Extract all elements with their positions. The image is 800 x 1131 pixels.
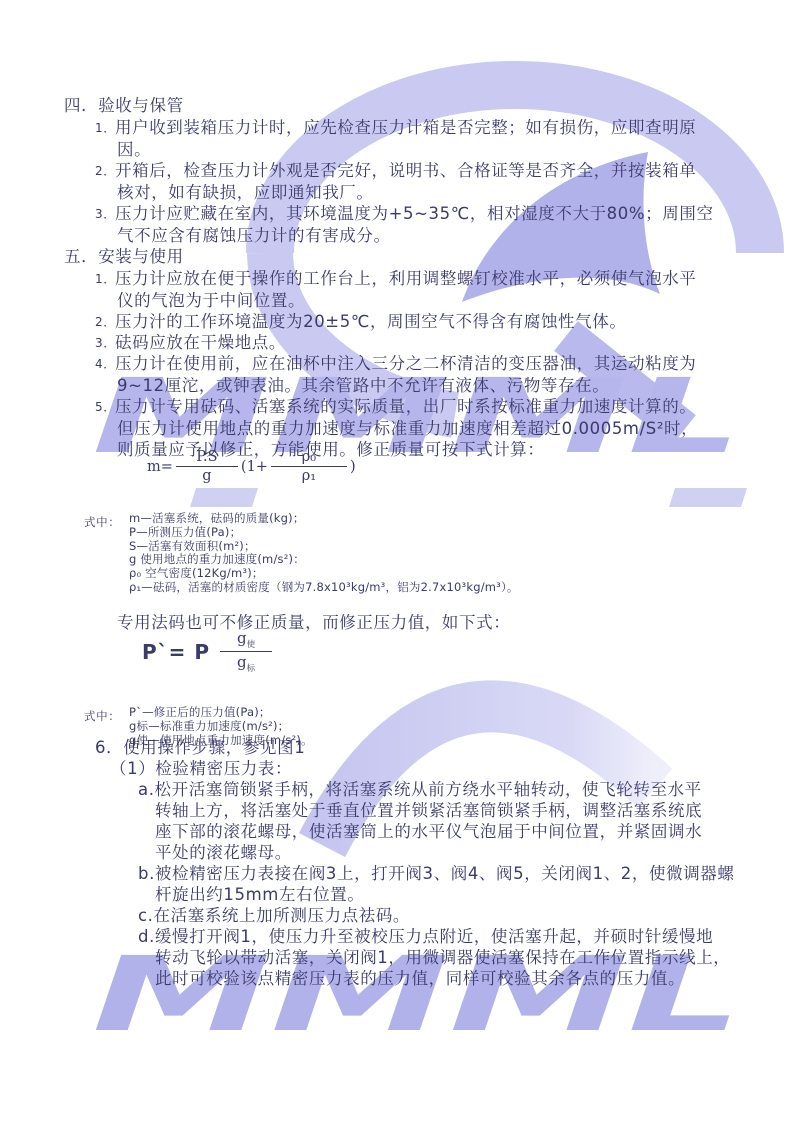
step-d-line: 此时可校验该点精密压力表的压力值，同样可校验其余各点的压力值。 xyxy=(155,968,685,989)
step-a-line: a.松开活塞筒锁紧手柄，将活塞系统从前方绕水平轴转动，使飞轮转至水平 xyxy=(138,779,702,800)
step-a-line: 平处的滚花螺母。 xyxy=(155,842,292,863)
section-5-heading: 五．安装与使用 xyxy=(64,246,184,267)
item-text: 开箱后，检查压力计外观是否完好，说明书、合格证等是否齐全，并按装箱单 xyxy=(115,161,696,180)
list-item: 1．用户收到装箱压力计时，应先检查压力计箱是否完整；如有损伤，应即查明原 xyxy=(95,117,696,139)
section-4-heading: 四．验收与保管 xyxy=(64,95,184,116)
item-text: 砝码应放在干燥地点。 xyxy=(115,333,286,352)
list-item: 3．压力计应贮藏在室内，其环境温度为+5~35℃，相对湿度不大于80%；周围空 xyxy=(95,203,714,225)
item-text: 但压力计使用地点的重力加速度与标准重力加速度相差超过0.0005m/S²时， xyxy=(117,418,698,439)
item-text: 压力计在使用前，应在油杯中注入三分之二杯清洁的变压器油，其运动粘度为 xyxy=(115,354,696,373)
logo-underline-left xyxy=(190,488,258,507)
formula-lhs: m= xyxy=(147,459,173,475)
fraction: ρ₀ ρ₁ xyxy=(271,448,347,485)
legend-line: g标—标准重力加速度(m/s²)； xyxy=(129,720,289,734)
subscript: 标 xyxy=(247,664,256,674)
legend-label: 式中： xyxy=(84,512,120,533)
fraction: P.S g xyxy=(176,448,238,485)
item-text: 压力计专用砝码、活塞系统的实际质量，出厂时系按标准重力加速度计算的。 xyxy=(115,397,696,416)
subscript: 使 xyxy=(247,640,256,650)
item-number: 3． xyxy=(95,333,115,354)
legend-label: 式中： xyxy=(84,706,120,727)
legend-line: ρ₀ 空气密度(12Kg/m³)； xyxy=(129,567,264,581)
item-number: 3． xyxy=(95,204,115,225)
item-text: 核对，如有缺损，应即通知我厂。 xyxy=(117,182,374,203)
step-6-sub1: （1）检验精密压力表： xyxy=(110,758,292,779)
item-number: 2． xyxy=(95,312,115,333)
denominator: g标 xyxy=(220,651,272,675)
fraction: g使 g标 xyxy=(220,628,272,675)
numerator: ρ₀ xyxy=(271,448,347,466)
item-text: 用户收到装箱压力计时，应先检查压力计箱是否完整；如有损伤，应即查明原 xyxy=(115,118,696,137)
formula-lhs: P`= P xyxy=(142,640,210,664)
list-item: 4．压力计在使用前，应在油杯中注入三分之二杯清洁的变压器油，其运动粘度为 xyxy=(95,353,696,375)
step-a-line: 座下部的滚花螺母，使活塞筒上的水平仪气泡届于中间位置，并紧固调水 xyxy=(155,821,702,842)
list-item: 2．压力汁的工作环境温度为20±5℃，周围空气不得含有腐蚀性气体。 xyxy=(95,311,626,333)
item-number: 4． xyxy=(95,354,115,375)
item-number: 1． xyxy=(95,269,115,290)
legend-line: g 使用地点的重力加速度(m/s²)： xyxy=(129,553,305,567)
denominator: g xyxy=(176,466,238,485)
item-text: 压力计应放在便于操作的工作台上，利用调整螺钉校准水平，必须使气泡水平 xyxy=(115,269,696,288)
list-item: 2．开箱后，检查压力计外观是否完好，说明书、合格证等是否齐全，并按装箱单 xyxy=(95,160,696,182)
pressure-correction-formula: P`= P g使 g标 xyxy=(142,628,272,675)
denominator: ρ₁ xyxy=(271,466,347,485)
list-item: 5．压力计专用砝码、活塞系统的实际质量，出厂时系按标准重力加速度计算的。 xyxy=(95,396,696,418)
step-b-line: b.被检精密压力表接在阀3上，打开阀3、阀4、阀5，关闭阀1、2，使微调器螺 xyxy=(138,863,735,884)
list-item: 1．压力计应放在便于操作的工作台上，利用调整螺钉校准水平，必须使气泡水平 xyxy=(95,268,696,290)
item-text: 压力计应贮藏在室内，其环境温度为+5~35℃，相对湿度不大于80%；周围空 xyxy=(115,204,714,223)
step-b-line: 杆旋出约15mm左右位置。 xyxy=(155,884,364,905)
legend-line: ρ₁—砝码，活塞的材质密度（钢为7.8x10³kg/m³，铝为2.7x10³kg… xyxy=(129,581,519,595)
item-text: 气不应含有腐蚀压力计的有害成分。 xyxy=(117,225,391,246)
item-text: 因。 xyxy=(117,139,151,160)
formula-close: ) xyxy=(350,459,356,475)
step-6-heading: 6．使用操作步骤，参见图1 xyxy=(95,737,305,758)
manual-page: { "colors": { "text": "#3a3a6b", "waterm… xyxy=(0,0,800,1131)
list-item: 3．砝码应放在干燥地点。 xyxy=(95,332,286,354)
item-number: 5． xyxy=(95,397,115,418)
numerator: g使 xyxy=(220,628,272,651)
legend-line: m—活塞系统，砝码的质量(kg)； xyxy=(129,512,305,526)
formula-mid: (1+ xyxy=(241,459,268,475)
legend-line: P—所测压力值(Pa)； xyxy=(129,526,241,540)
step-a-line: 转轴上方，将活塞处于垂直位置并锁紧活塞筒锁紧手柄，调整活塞系统底 xyxy=(155,800,702,821)
step-c-line: c.在活塞系统上加所测压力点祛码。 xyxy=(138,905,410,926)
logo-underline-right xyxy=(669,488,747,507)
legend-line: P`—修正后的压力值(Pa)； xyxy=(129,706,271,720)
item-text: 压力汁的工作环境温度为20±5℃，周围空气不得含有腐蚀性气体。 xyxy=(115,312,626,331)
item-number: 1． xyxy=(95,118,115,139)
mass-correction-formula: m= P.S g (1+ ρ₀ ρ₁ ) xyxy=(147,448,356,485)
item-text: 仪的气泡为于中间位置。 xyxy=(117,290,305,311)
item-number: 2． xyxy=(95,161,115,182)
step-d-line: d.缓慢打开阀1，使压力升至被校压力点附近，使活塞升起，并硕时针缓慢地 xyxy=(138,926,713,947)
numerator: P.S xyxy=(176,448,238,466)
step-d-line: 转动飞轮以带动活塞，关闭阀1，用微调器使活塞保持在工作位置指示线上， xyxy=(155,947,730,968)
item-text: 9~12厘沱，或钟表油。其余管路中不允许有液体、污物等存在。 xyxy=(117,375,609,396)
